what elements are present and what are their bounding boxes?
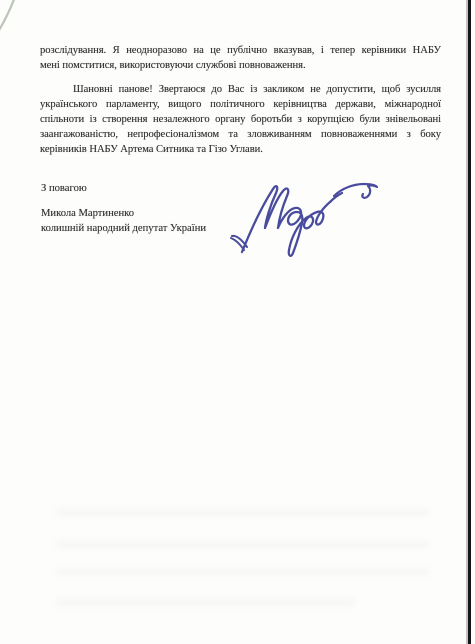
signer-title: колишній народний депутат України bbox=[41, 221, 206, 236]
scan-corner-artifact bbox=[0, 0, 22, 34]
scan-edge-line bbox=[468, 0, 471, 644]
paragraph-line: заангажованістю, непрофесіоналізмом та з… bbox=[40, 127, 441, 142]
paragraph-line: українського парламенту, вищого політичн… bbox=[40, 97, 441, 112]
signature-stroke-topbar bbox=[334, 184, 377, 198]
signer-name: Микола Мартиненко bbox=[41, 206, 206, 221]
bleedthrough-ghost bbox=[55, 508, 430, 517]
paragraph-line: мені помститися, використовуючи службові… bbox=[40, 58, 441, 73]
scanned-letter-page: розслідування. Я неодноразово на це публ… bbox=[0, 0, 475, 644]
paragraph-line: Шановні панове! Звертаюся до Вас із закл… bbox=[40, 82, 441, 97]
paragraph-line: розслідування. Я неодноразово на це публ… bbox=[40, 43, 441, 58]
signature-stroke-main bbox=[242, 186, 342, 256]
paragraph-line: спільноти із створення незалежного орган… bbox=[40, 112, 441, 127]
paragraph-1: розслідування. Я неодноразово на це публ… bbox=[40, 43, 441, 73]
bleedthrough-ghost bbox=[55, 568, 430, 577]
signature-handwritten bbox=[230, 176, 385, 261]
closing-salutation: З повагою bbox=[41, 181, 87, 196]
letter-body: розслідування. Я неодноразово на це публ… bbox=[40, 43, 441, 157]
paragraph-2: Шановні панове! Звертаюся до Вас із закл… bbox=[40, 82, 441, 157]
bleedthrough-ghost bbox=[55, 540, 430, 549]
signer-block: Микола Мартиненко колишній народний депу… bbox=[41, 206, 206, 236]
bleedthrough-ghost bbox=[55, 598, 355, 607]
paragraph-line: керівників НАБУ Артема Ситника та Гізо У… bbox=[40, 142, 441, 157]
